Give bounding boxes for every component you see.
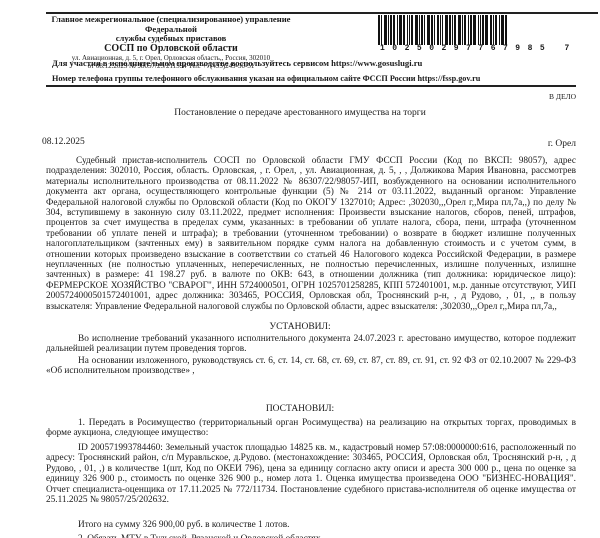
- ustanovil-heading: УСТАНОВИЛ:: [0, 322, 600, 332]
- document-page: Главное межрегиональное (специализирован…: [0, 0, 600, 538]
- document-date: 08.12.2025: [42, 137, 85, 147]
- v-delo-mark: В ДЕЛО: [549, 92, 576, 101]
- document-title: Постановление о передаче арестованного и…: [0, 108, 600, 118]
- document-city: г. Орел: [548, 139, 576, 149]
- item2-partial: 2. Обязать МТУ в Тульской, Рязанской и О…: [78, 534, 558, 538]
- gosuslugi-notice: Для участия в исполнительном производств…: [52, 58, 422, 68]
- item1-paragraph: 1. Передать в Росимущество (территориаль…: [46, 418, 576, 439]
- total-line: Итого на сумму 326 900,00 руб. в количес…: [78, 520, 558, 530]
- postanovil-heading: ПОСТАНОВИЛ:: [0, 404, 600, 414]
- property-paragraph: ID 200571993784460: Земельный участок пл…: [46, 443, 576, 505]
- phone-notice: Номер телефона группы телефонного обслуж…: [52, 74, 480, 83]
- issuer-org-line3: СОСП по Орловской области: [46, 44, 296, 55]
- header-bottom-rule: [46, 85, 576, 87]
- issuer-org-line1: Главное межрегиональное (специализирован…: [46, 15, 296, 34]
- ustanovil-paragraph: Во исполнение требований указанного испо…: [46, 334, 576, 355]
- intro-paragraph: Судебный пристав-исполнитель СОСП по Орл…: [46, 156, 576, 312]
- barcode-number: 10250297767985 7: [380, 44, 595, 53]
- barcode: [378, 15, 595, 45]
- basis-paragraph: На основании изложенного, руководствуясь…: [46, 356, 576, 377]
